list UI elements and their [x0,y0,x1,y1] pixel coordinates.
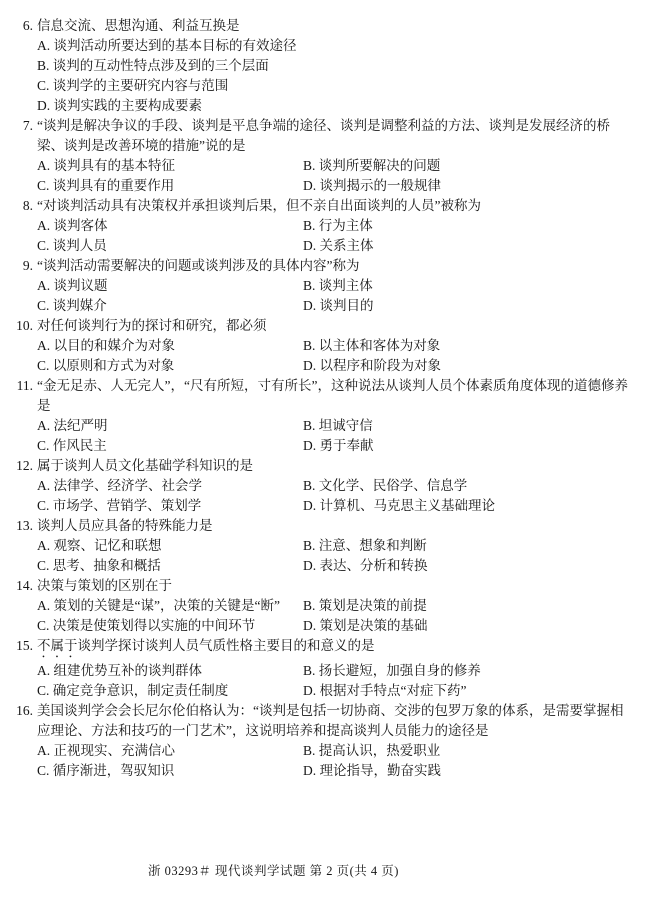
question-stem: “谈判是解决争议的手段、谈判是平息争端的途径、谈判是调整利益的方法、谈判是发展经… [37,116,631,156]
option-a: A. 观察、记忆和联想 [37,536,303,556]
question-number: 6. [0,16,33,116]
option-b: B. 策划是决策的前提 [303,596,427,616]
question-stem: 信息交流、思想沟通、利益互换是 [37,16,631,36]
question-7: 7. “谈判是解决争议的手段、谈判是平息争端的途径、谈判是调整利益的方法、谈判是… [0,116,631,196]
question-6: 6. 信息交流、思想沟通、利益互换是 A. 谈判活动所要达到的基本目标的有效途径… [0,16,631,116]
option-a: A. 谈判议题 [37,276,303,296]
option-d: D. 谈判目的 [303,296,374,316]
option-a: A. 正视现实、充满信心 [37,741,303,761]
option-b: B. 扬长避短，加强自身的修养 [303,661,481,681]
option-c: C. 循序渐进，驾驭知识 [37,761,303,781]
question-8: 8. “对谈判活动具有决策权并承担谈判后果，但不亲自出面谈判的人员”被称为 A.… [0,196,631,256]
option-c: C. 确定竞争意识，制定责任制度 [37,681,303,701]
option-d: D. 计算机、马克思主义基础理论 [303,496,495,516]
option-d: D. 谈判实践的主要构成要素 [37,96,631,116]
question-number: 12. [0,456,33,516]
question-9: 9. “谈判活动需要解决的问题或谈判涉及的具体内容”称为 A. 谈判议题 B. … [0,256,631,316]
exam-page: 6. 信息交流、思想沟通、利益互换是 A. 谈判活动所要达到的基本目标的有效途径… [0,0,649,901]
page-footer: 浙 03293＃ 现代谈判学试题 第 2 页(共 4 页) [148,861,399,881]
emphasized-text: 不属于 [37,638,78,653]
question-number: 16. [0,701,33,781]
option-c: C. 决策是使策划得以实施的中间环节 [37,616,303,636]
question-16: 16. 美国谈判学会会长尼尔伦伯格认为：“谈判是包括一切协商、交涉的包罗万象的体… [0,701,631,781]
option-d: D. 关系主体 [303,236,374,256]
option-b: B. 坦诚守信 [303,416,373,436]
question-number: 9. [0,256,33,316]
option-a: A. 谈判活动所要达到的基本目标的有效途径 [37,36,631,56]
option-d: D. 策划是决策的基础 [303,616,428,636]
option-c: C. 谈判媒介 [37,296,303,316]
option-b: B. 注意、想象和判断 [303,536,427,556]
option-d: D. 谈判揭示的一般规律 [303,176,441,196]
option-c: C. 思考、抽象和概括 [37,556,303,576]
question-stem: 对任何谈判行为的探讨和研究，都必须 [37,316,631,336]
question-number: 10. [0,316,33,376]
question-13: 13. 谈判人员应具备的特殊能力是 A. 观察、记忆和联想 B. 注意、想象和判… [0,516,631,576]
option-c: C. 谈判学的主要研究内容与范围 [37,76,631,96]
question-stem: 决策与策划的区别在于 [37,576,631,596]
option-b: B. 行为主体 [303,216,373,236]
question-stem: “对谈判活动具有决策权并承担谈判后果，但不亲自出面谈判的人员”被称为 [37,196,631,216]
option-b: B. 以主体和客体为对象 [303,336,440,356]
option-b: B. 谈判所要解决的问题 [303,156,440,176]
question-number: 13. [0,516,33,576]
option-d: D. 根据对手特点“对症下药” [303,681,466,701]
question-stem: 不属于谈判学探讨谈判人员气质性格主要目的和意义的是 [37,636,631,661]
question-number: 11. [0,376,33,456]
option-a: A. 组建优势互补的谈判群体 [37,661,303,681]
question-15: 15. 不属于谈判学探讨谈判人员气质性格主要目的和意义的是 A. 组建优势互补的… [0,636,631,701]
option-c: C. 市场学、营销学、策划学 [37,496,303,516]
option-a: A. 谈判客体 [37,216,303,236]
option-a: A. 谈判具有的基本特征 [37,156,303,176]
option-b: B. 谈判的互动性特点涉及到的三个层面 [37,56,631,76]
option-d: D. 以程序和阶段为对象 [303,356,441,376]
question-stem: 美国谈判学会会长尼尔伦伯格认为：“谈判是包括一切协商、交涉的包罗万象的体系，是需… [37,701,631,741]
question-10: 10. 对任何谈判行为的探讨和研究，都必须 A. 以目的和媒介为对象 B. 以主… [0,316,631,376]
option-a: A. 以目的和媒介为对象 [37,336,303,356]
options: A. 谈判活动所要达到的基本目标的有效途径 B. 谈判的互动性特点涉及到的三个层… [37,36,631,116]
option-c: C. 谈判人员 [37,236,303,256]
option-d: D. 勇于奉献 [303,436,374,456]
question-number: 7. [0,116,33,196]
option-b: B. 提高认识，热爱职业 [303,741,440,761]
question-11: 11. “金无足赤、人无完人”，“尺有所短，寸有所长”，这种说法从谈判人员个体素… [0,376,631,456]
question-number: 15. [0,636,33,701]
option-a: A. 策划的关键是“谋”，决策的关键是“断” [37,596,303,616]
option-a: A. 法纪严明 [37,416,303,436]
question-12: 12. 属于谈判人员文化基础学科知识的是 A. 法律学、经济学、社会学 B. 文… [0,456,631,516]
option-d: D. 理论指导，勤奋实践 [303,761,441,781]
question-number: 8. [0,196,33,256]
question-stem: 谈判人员应具备的特殊能力是 [37,516,631,536]
question-stem: “金无足赤、人无完人”，“尺有所短，寸有所长”，这种说法从谈判人员个体素质角度体… [37,376,631,416]
option-c: C. 以原则和方式为对象 [37,356,303,376]
option-b: B. 谈判主体 [303,276,373,296]
question-stem: “谈判活动需要解决的问题或谈判涉及的具体内容”称为 [37,256,631,276]
question-14: 14. 决策与策划的区别在于 A. 策划的关键是“谋”，决策的关键是“断” B.… [0,576,631,636]
option-d: D. 表达、分析和转换 [303,556,428,576]
option-b: B. 文化学、民俗学、信息学 [303,476,467,496]
question-stem: 属于谈判人员文化基础学科知识的是 [37,456,631,476]
question-number: 14. [0,576,33,636]
stem-rest: 谈判学探讨谈判人员气质性格主要目的和意义的是 [78,638,375,653]
option-a: A. 法律学、经济学、社会学 [37,476,303,496]
option-c: C. 谈判具有的重要作用 [37,176,303,196]
option-c: C. 作风民主 [37,436,303,456]
